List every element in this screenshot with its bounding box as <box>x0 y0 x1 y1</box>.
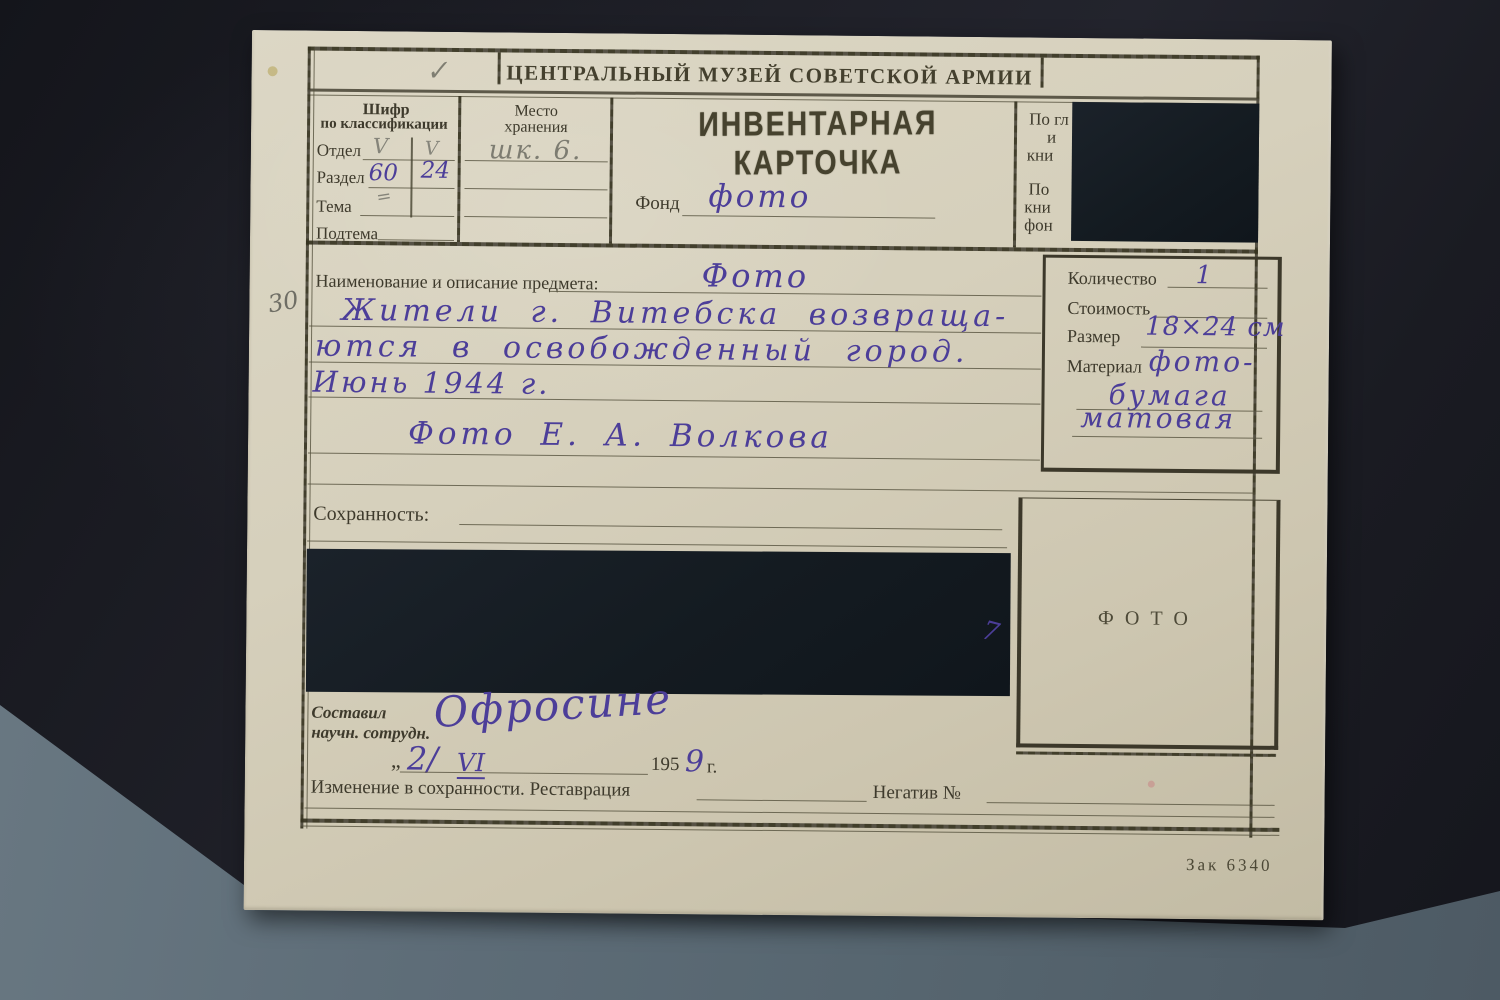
classification-row-label: Подтема <box>316 224 378 245</box>
compiled-label-line1: Составил <box>311 703 386 724</box>
description-line4: Июнь 1944 г. <box>312 365 550 401</box>
divider-center-ledger <box>1013 101 1017 247</box>
inventory-card: ЦЕНТРАЛЬНЫЙ МУЗЕЙ СОВЕТСКОЙ АРМИИ ✓ Шифр… <box>244 30 1332 920</box>
size-label: Размер <box>1067 326 1120 348</box>
date-open-quote: „ <box>391 747 401 773</box>
material-label: Материал <box>1067 356 1142 378</box>
year-printed: 195 <box>651 754 680 776</box>
material-value-line3: матовая <box>1080 401 1236 435</box>
description-credit: Фото Е. А. Волкова <box>408 416 833 456</box>
changes-line <box>697 799 867 802</box>
changes-label: Изменение в сохранности. Реставрация <box>311 777 631 802</box>
year-hand-value: 9 <box>685 744 704 779</box>
storage-line <box>464 188 607 190</box>
fond-line <box>682 215 935 218</box>
paper-stain <box>268 66 278 76</box>
material-line <box>1072 436 1262 439</box>
topstrip-bottom-line <box>306 241 1258 254</box>
year-suffix: г. <box>707 756 718 778</box>
properties-box: Количество 1 Стоимость Размер 18×24 см М… <box>1041 255 1282 474</box>
size-value: 18×24 см <box>1145 312 1286 343</box>
storage-line <box>464 216 607 218</box>
header-tick-right <box>1040 58 1043 88</box>
negative-line <box>987 802 1275 806</box>
description-title-value: Фото <box>701 256 809 295</box>
material-value-line1: фото- <box>1149 345 1256 379</box>
museum-header: ЦЕНТРАЛЬНЫЙ МУЗЕЙ СОВЕТСКОЙ АРМИИ <box>501 60 1037 90</box>
classification-row-label: Отдел <box>317 141 361 161</box>
card-title: ИНВЕНТАРНАЯ КАРТОЧКА <box>627 104 1009 185</box>
quantity-line <box>1168 287 1268 289</box>
classification-title-line2: по классификации <box>311 116 457 134</box>
description-line2: Жители г. Витебска возвраща- <box>341 293 1009 334</box>
pencil-checkmark: ✓ <box>424 55 449 88</box>
classification-row-label: Раздел <box>316 168 364 188</box>
condition-line <box>459 524 1002 530</box>
ledger-fragment: кни <box>1027 145 1054 165</box>
header-tick-left <box>497 52 500 84</box>
razdel-value-right: 24 <box>421 158 451 184</box>
condition-section-line <box>307 541 1007 549</box>
description-line3: ются в освобожденный город. <box>315 329 969 370</box>
classification-split-line <box>410 138 413 218</box>
pre-bottom-line <box>305 808 1275 818</box>
date-month-value: VI <box>457 748 485 779</box>
divider-mesto-center <box>609 97 613 243</box>
otdel-value-right: V <box>425 138 439 160</box>
razdel-value-left: 60 <box>369 160 399 186</box>
quantity-label: Количество <box>1068 268 1157 290</box>
print-code: Зак 6340 <box>1186 855 1273 876</box>
cost-label: Стоимость <box>1067 298 1150 320</box>
paper-stain <box>1148 781 1155 788</box>
margin-pencil-number: 30 <box>266 286 301 319</box>
classification-row-line <box>360 215 454 217</box>
quantity-value: 1 <box>1196 260 1212 289</box>
tema-value-mark: = <box>375 185 393 208</box>
ruled-line <box>308 397 1040 405</box>
divider-shifr-mesto <box>457 96 461 242</box>
fond-label: Фонд <box>635 193 680 215</box>
otdel-value-left: V <box>373 134 388 158</box>
frame-top-border <box>308 47 1260 60</box>
ruled-line <box>308 484 1256 494</box>
ledger-fragment: фон <box>1024 215 1053 235</box>
condition-label: Сохранность: <box>313 503 429 527</box>
negative-label: Негатив № <box>873 782 961 805</box>
photo-box: ФОТО <box>1016 497 1280 750</box>
fond-value: фото <box>708 178 811 215</box>
photo-box-outer-line <box>1016 751 1276 756</box>
redaction-box-top <box>1071 102 1259 243</box>
photo-placeholder-label: ФОТО <box>1021 606 1275 631</box>
classification-row-label: Тема <box>316 197 352 217</box>
photo-scene: ЦЕНТРАЛЬНЫЙ МУЗЕЙ СОВЕТСКОЙ АРМИИ ✓ Шифр… <box>0 0 1500 1000</box>
storage-title-line2: хранения <box>464 118 608 137</box>
